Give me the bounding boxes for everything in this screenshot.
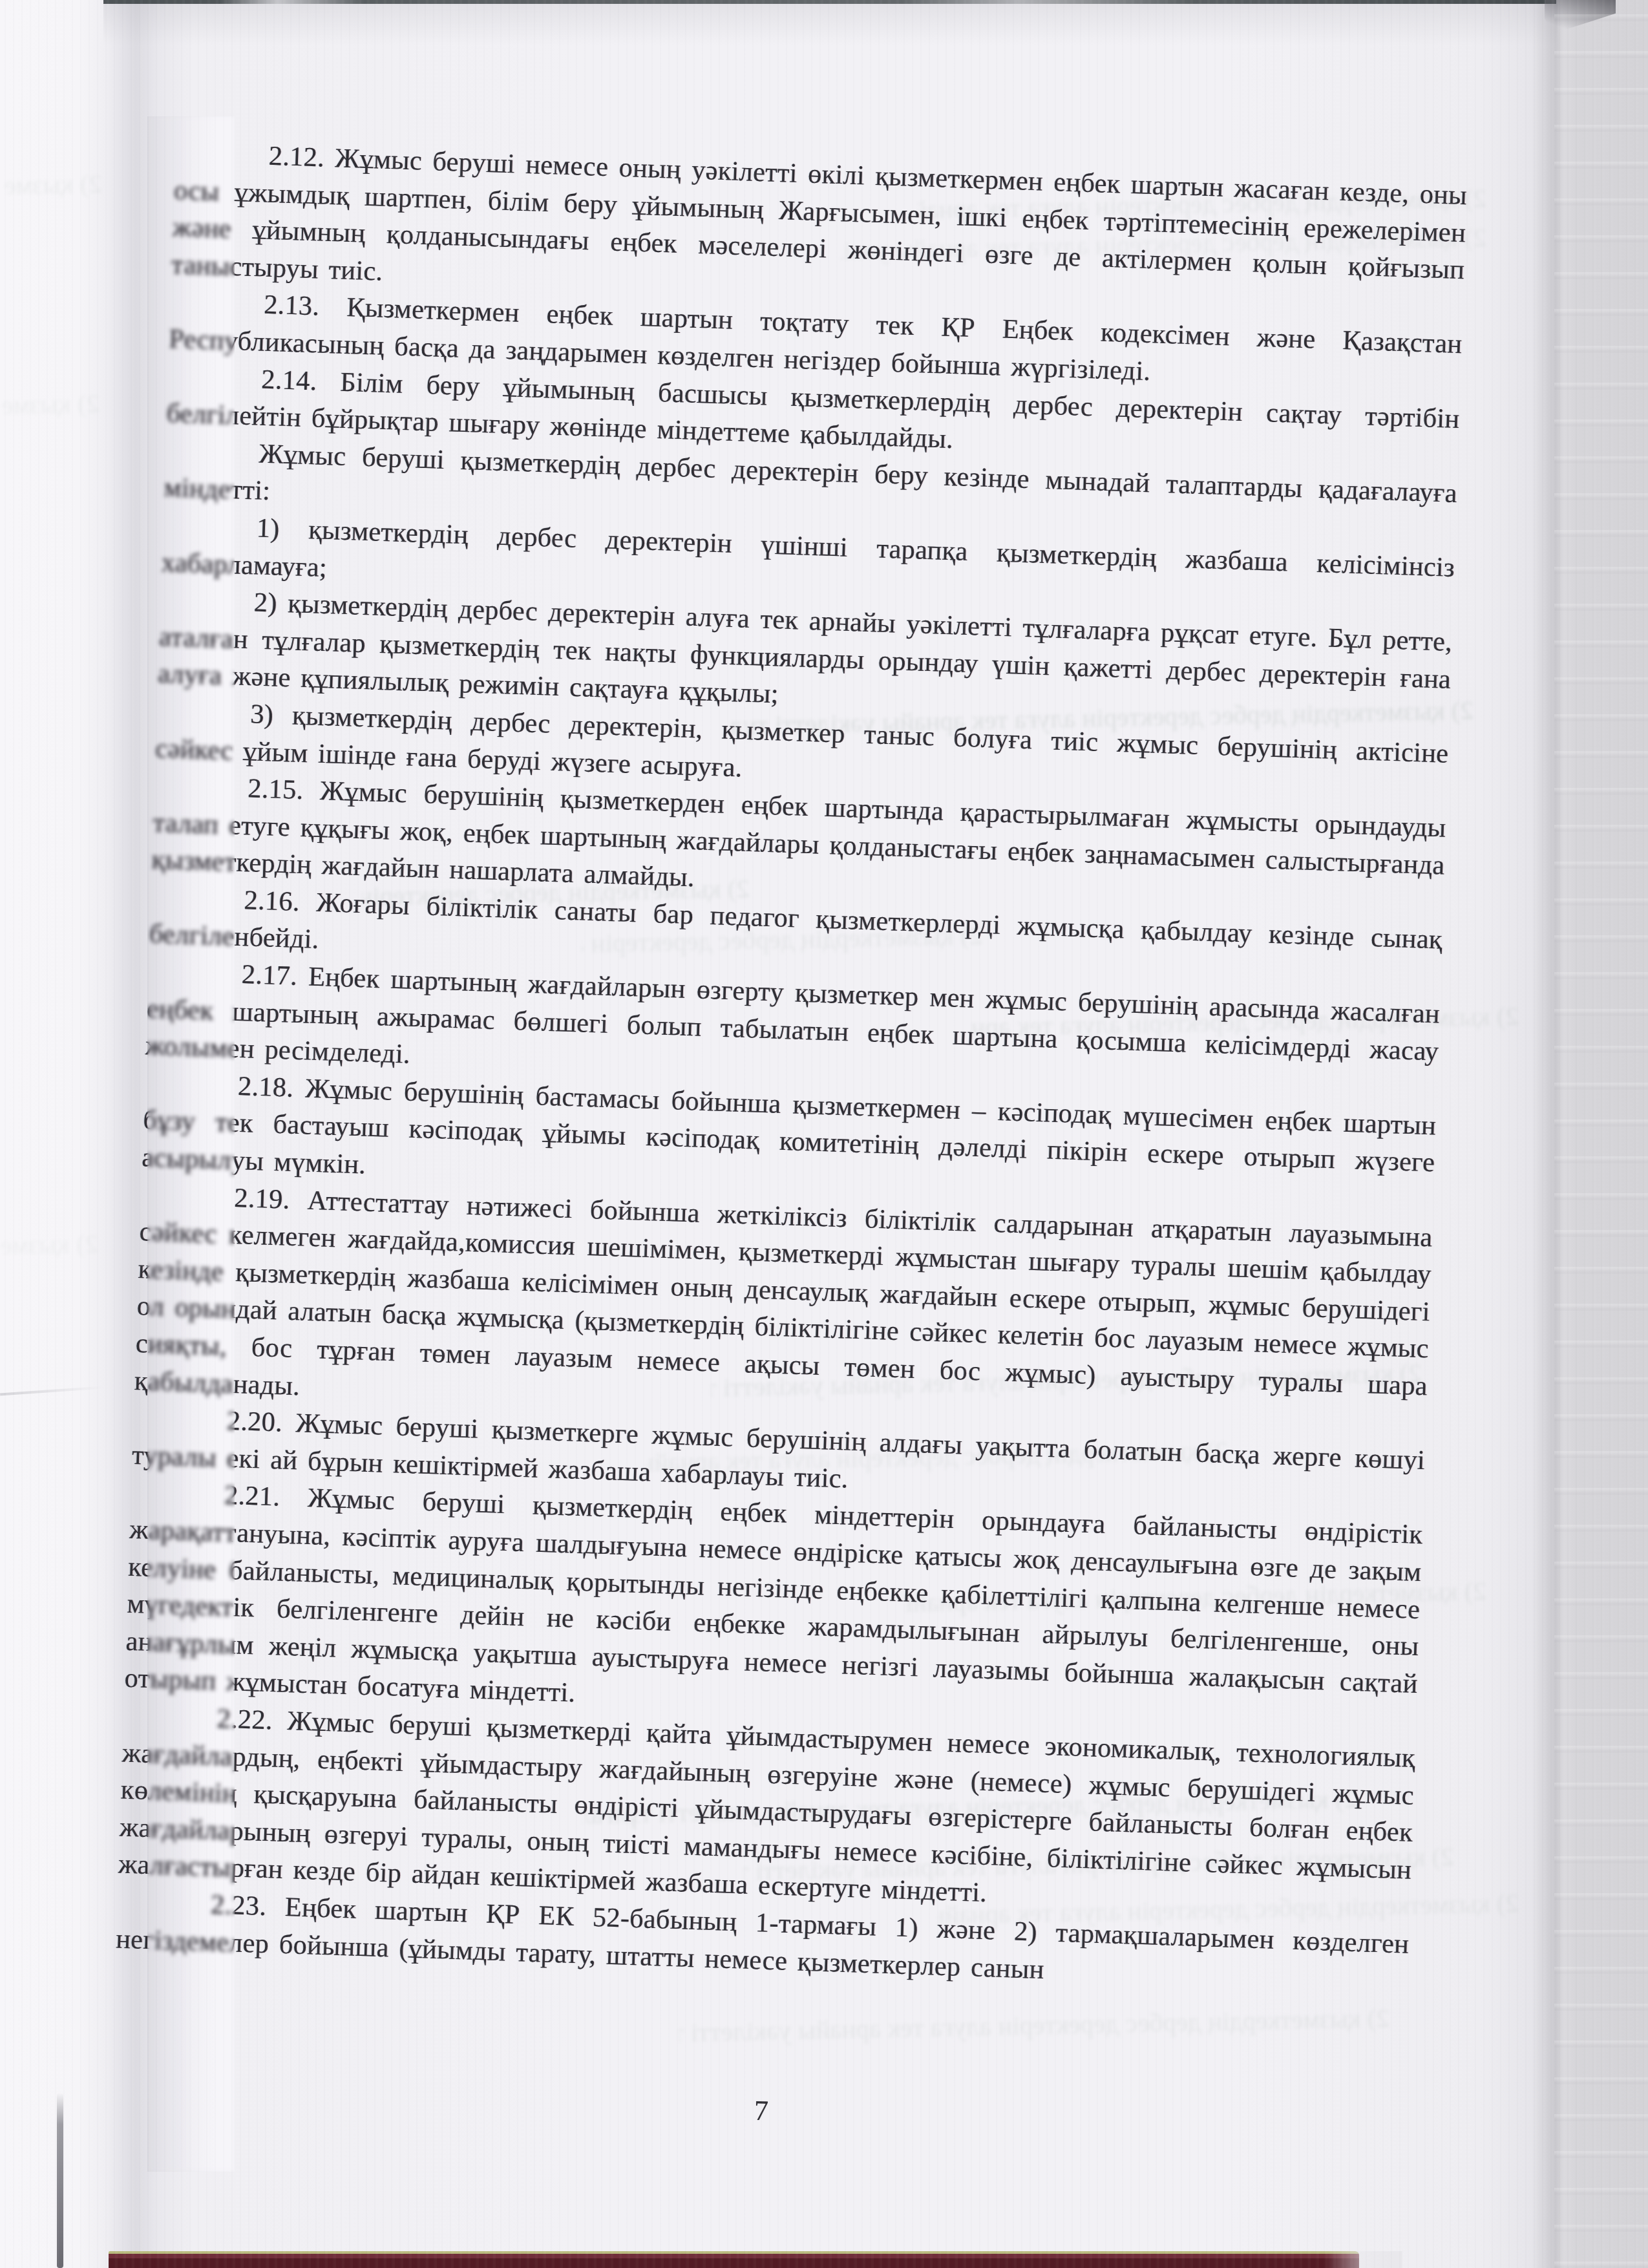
bleedthrough-text-shadow: 2) қызметкердің дербес деректерін алуға … xyxy=(679,2001,1390,2048)
facing-page-crease xyxy=(0,1386,103,1395)
scan-top-edge-line xyxy=(103,0,1556,4)
bleedthrough-text-shadow: 2) қызметкердің дербес деректерін алуға … xyxy=(2,387,100,421)
paragraph: 2.19. Аттестаттау нәтижесі бойынша жеткі… xyxy=(134,1176,1433,1443)
page-top-shadow xyxy=(103,0,1558,45)
bleedthrough-text-shadow: 2) қызметкердің дербес деректерін алуға … xyxy=(5,167,102,201)
page-corner-gap-shadow xyxy=(1545,0,1616,34)
bleedthrough-text-shadow: 2) қызметкердің дербес деректерін алуға … xyxy=(1,1227,98,1261)
scanned-book-page: 2) қызметкердің дербес деректерін алуға … xyxy=(0,0,1648,2268)
book-cover-bottom-edge xyxy=(109,2251,1359,2268)
scanner-streaks xyxy=(1554,0,1648,2268)
book-cover-edge-fade xyxy=(1325,2251,1402,2268)
page-number: 7 xyxy=(722,2093,800,2128)
paragraph: 2.21. Жұмыс беруші қызметкердің еңбек мі… xyxy=(124,1474,1423,1740)
page-stack-left-edge xyxy=(57,2093,63,2268)
document-text-block: 2.12. Жұмыс беруші немесе оның уәкілетті… xyxy=(115,134,1467,2000)
